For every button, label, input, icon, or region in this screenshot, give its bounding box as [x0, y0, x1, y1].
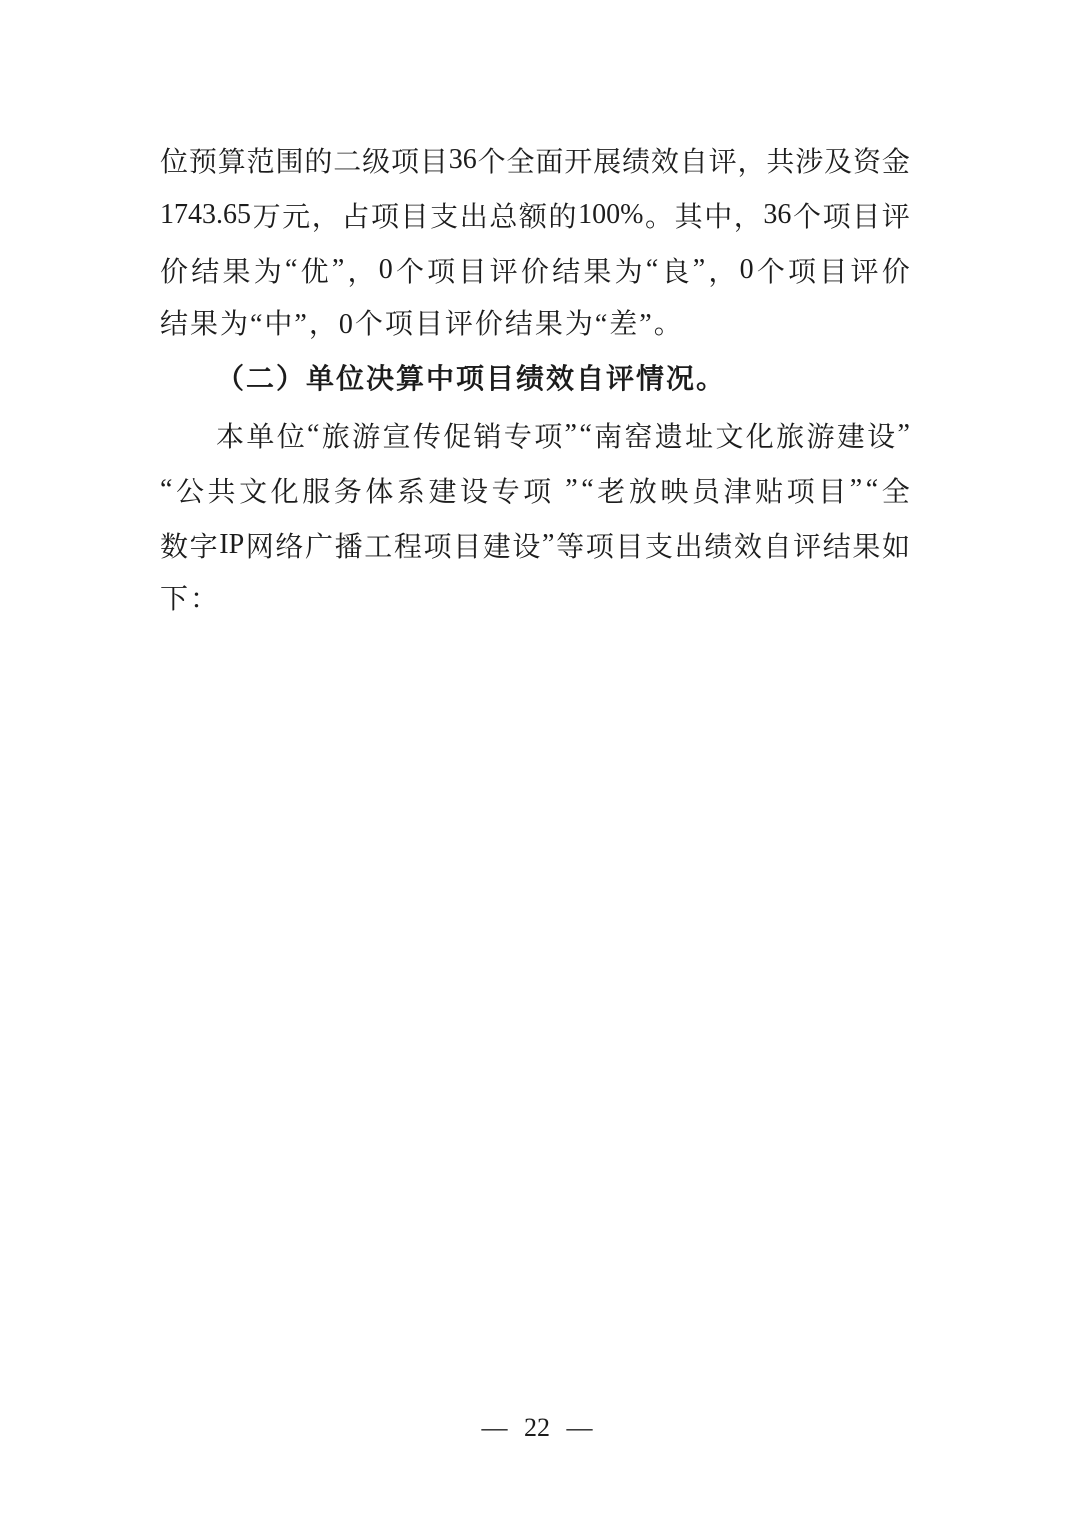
- paragraph-project-eval-summary: 位预算范围的二级项目36个全面开展绩效自评，共涉及资金 1743.65万元，占项…: [160, 132, 910, 352]
- section-heading: （二）单位决算中项目绩效自评情况。: [160, 352, 910, 407]
- paragraph-line: 价结果为“优”，0个项目评价结果为“良”，0个项目评价: [160, 242, 910, 297]
- paragraph-line: 位预算范围的二级项目36个全面开展绩效自评，共涉及资金: [160, 132, 910, 187]
- paragraph-line: “公共文化服务体系建设专项 ”“老放映员津贴项目”“全: [160, 462, 910, 517]
- paragraph-line: 数字IP网络广播工程项目建设”等项目支出绩效自评结果如: [160, 517, 910, 572]
- paragraph-line: 下：: [160, 572, 910, 627]
- paragraph-line: 结果为“中”，0个项目评价结果为“差”。: [160, 297, 910, 352]
- document-body: 位预算范围的二级项目36个全面开展绩效自评，共涉及资金 1743.65万元，占项…: [160, 132, 910, 627]
- document-page: 位预算范围的二级项目36个全面开展绩效自评，共涉及资金 1743.65万元，占项…: [0, 0, 1074, 1520]
- paragraph-project-list: 本单位“旅游宣传促销专项”“南窑遗址文化旅游建设” “公共文化服务体系建设专项 …: [160, 407, 910, 627]
- paragraph-line: 1743.65万元，占项目支出总额的100%。其中，36个项目评: [160, 187, 910, 242]
- paragraph-line: 本单位“旅游宣传促销专项”“南窑遗址文化旅游建设”: [160, 407, 910, 462]
- page-number: — 22 —: [0, 1408, 1074, 1448]
